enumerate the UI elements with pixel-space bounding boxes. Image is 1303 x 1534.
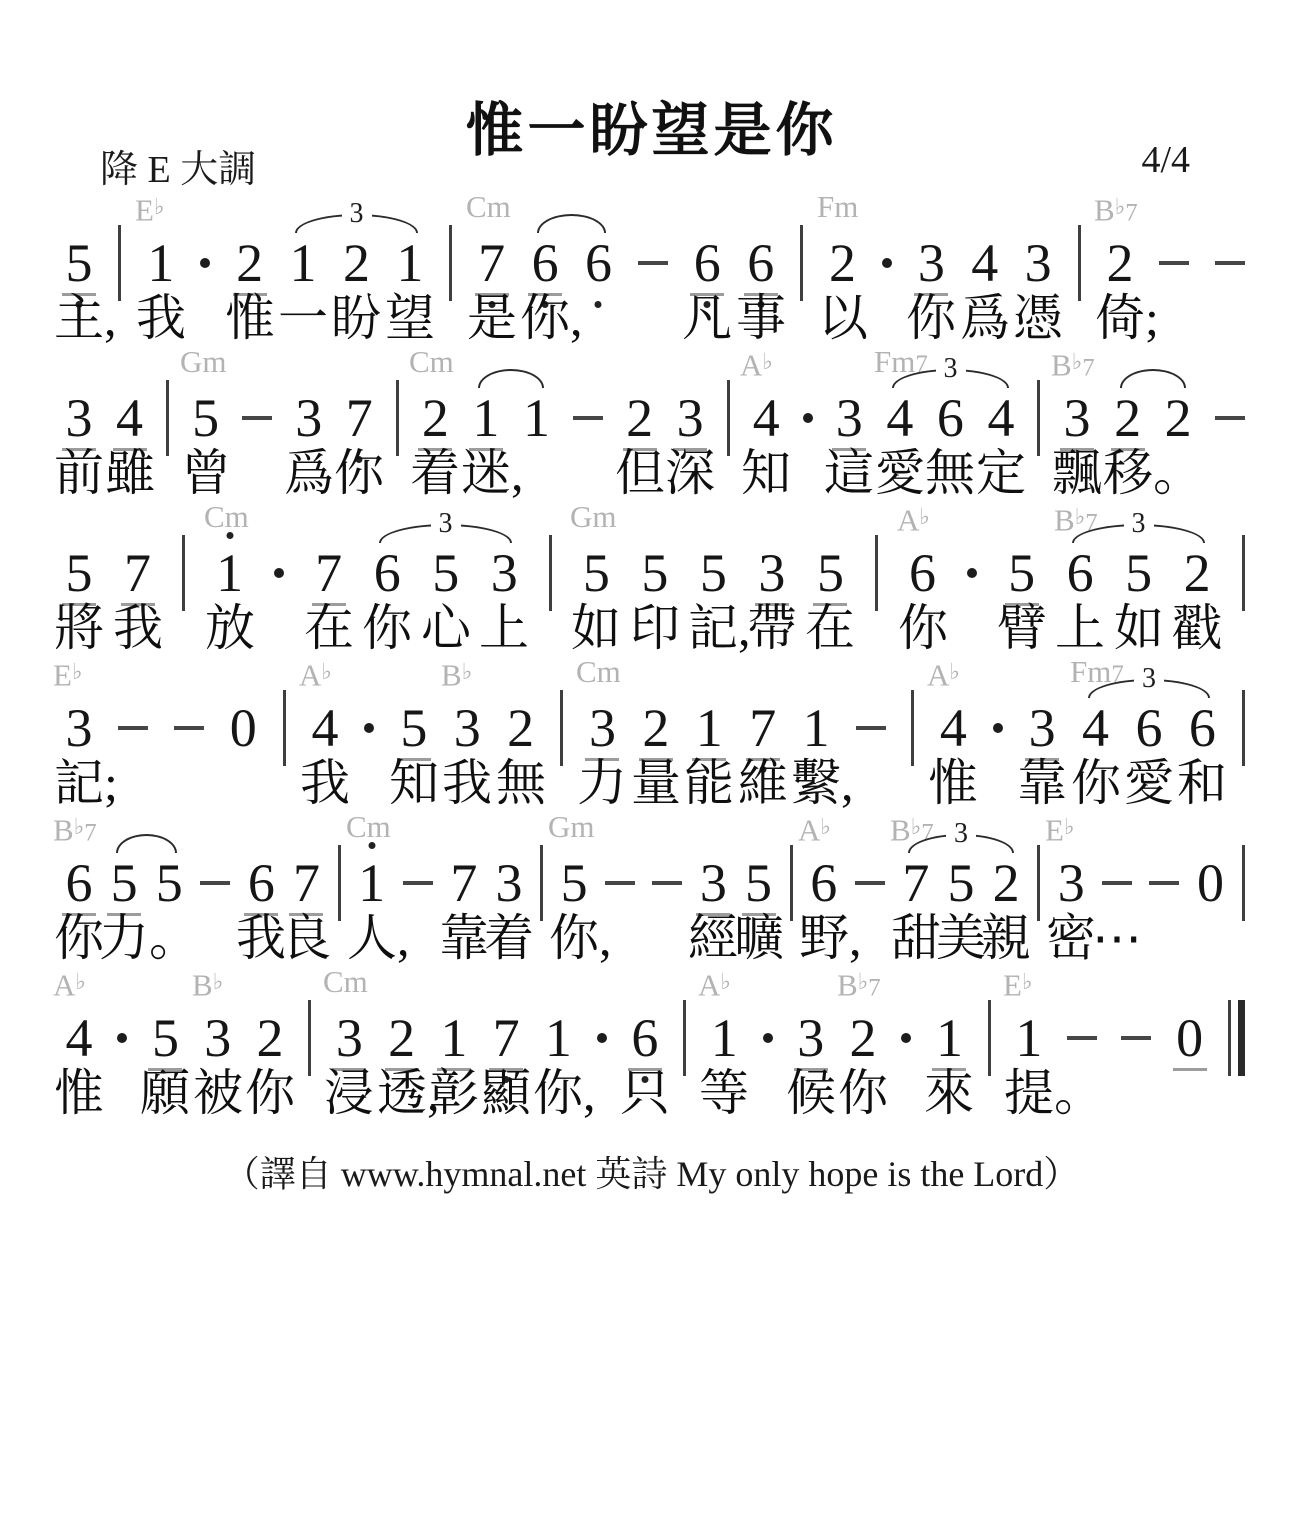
- note-1: 1: [802, 701, 830, 755]
- lyric-syllable: 我: [300, 757, 350, 809]
- lyric-syllable: 浸: [324, 1067, 374, 1119]
- lyric-syllable: 曠: [734, 912, 784, 964]
- note-2: 2: [236, 236, 264, 290]
- note-7: 7: [749, 701, 777, 755]
- flat-sign: ♭: [820, 814, 831, 839]
- dash-continuation: [1149, 881, 1179, 885]
- augmentation-dot: [274, 568, 284, 578]
- chord-label: E♭: [1045, 810, 1074, 848]
- barline: [1037, 845, 1040, 921]
- note-4: 4: [752, 391, 780, 445]
- note-3: 3: [699, 856, 727, 910]
- note-5: 5: [1125, 546, 1153, 600]
- note-2: 2: [342, 236, 370, 290]
- barline: [1242, 690, 1245, 766]
- note-5: 5: [1008, 546, 1036, 600]
- note-6: 6: [1135, 701, 1163, 755]
- lyric-syllable: 無: [925, 447, 975, 499]
- triplet-number: 3: [936, 355, 966, 383]
- lyric-syllable: 惟: [54, 1067, 104, 1119]
- flat-sign: ♭: [858, 969, 869, 994]
- chord-label: Gm: [570, 500, 617, 534]
- chord-label: A♭: [299, 655, 332, 693]
- dash-continuation: [1215, 261, 1245, 265]
- note-4: 4: [116, 391, 144, 445]
- lyric-syllable: 人,: [347, 912, 410, 964]
- chord-label: E♭: [53, 655, 82, 693]
- lyric-syllable: 印: [630, 602, 680, 654]
- lyric-syllable: 力: [577, 757, 627, 809]
- barline: [1037, 380, 1040, 456]
- lyric-syllable: 你,: [533, 1067, 596, 1119]
- note-1: 1: [472, 391, 500, 445]
- chord-label: E♭: [1003, 965, 1032, 1003]
- system-line: 345372112343464322GmCmA♭Fm7B♭73前雖曾爲你着迷,但…: [65, 347, 1245, 502]
- lyric-syllable: 良: [281, 912, 331, 964]
- barline: [988, 1000, 991, 1076]
- chord-label: Gm: [180, 345, 227, 379]
- note-2: 2: [388, 1011, 416, 1065]
- lyric-syllable: 只: [620, 1067, 670, 1119]
- lyric-syllable: 以: [818, 292, 868, 344]
- lyric-syllable: 你: [898, 602, 948, 654]
- note-3: 3: [676, 391, 704, 445]
- lyric-syllable: 如: [1114, 602, 1164, 654]
- triplet-arc: 3: [295, 214, 418, 233]
- lyric-syllable: 你: [362, 602, 412, 654]
- lyric-syllable: 能: [684, 757, 734, 809]
- lyric-syllable: 無: [496, 757, 546, 809]
- augmentation-dot: [803, 413, 813, 423]
- flat-sign: ♭: [1022, 969, 1033, 994]
- lyric-syllable: 倚;: [1095, 292, 1159, 344]
- barline: [308, 1000, 311, 1076]
- chord-label: Gm: [548, 810, 595, 844]
- notes-row: 65567173535675230: [65, 856, 1245, 910]
- note-1: 1: [147, 236, 175, 290]
- system-line: 3045323217143466E♭A♭B♭CmA♭Fm73記;我知我無力量能維…: [65, 657, 1245, 812]
- lyric-syllable: 着: [484, 912, 534, 964]
- lyric-syllable: 你: [54, 912, 104, 964]
- note-3: 3: [797, 1011, 825, 1065]
- note-5: 5: [151, 1011, 179, 1065]
- note-2: 2: [1106, 236, 1134, 290]
- lyric-syllable: 等: [699, 1067, 749, 1119]
- barline: [118, 225, 121, 301]
- dash-continuation: [573, 416, 603, 420]
- lyric-syllable: 繫,: [791, 757, 854, 809]
- time-signature: 4/4: [1141, 138, 1190, 182]
- note-2: 2: [421, 391, 449, 445]
- note-3: 3: [295, 391, 323, 445]
- note-3: 3: [490, 546, 518, 600]
- note-3: 3: [835, 391, 863, 445]
- barline: [540, 845, 543, 921]
- lyric-syllable: 你: [334, 447, 384, 499]
- barline: [283, 690, 286, 766]
- note-4: 4: [1082, 701, 1110, 755]
- flat-sign: ♭: [462, 659, 473, 684]
- triplet-number: 3: [1124, 510, 1154, 538]
- chord-label: A♭: [53, 965, 86, 1003]
- triplet-number: 3: [431, 510, 461, 538]
- barline: [560, 690, 563, 766]
- augmentation-dot: [597, 1033, 607, 1043]
- lyric-syllable: 知: [389, 757, 439, 809]
- lyric-syllable: 定: [976, 447, 1026, 499]
- chord-label: Cm: [576, 655, 621, 689]
- lyric-syllable: 主,: [54, 292, 117, 344]
- note-1: 1: [289, 236, 317, 290]
- chord-label: B♭7: [53, 810, 97, 851]
- dash-continuation: [1215, 416, 1245, 420]
- note-5: 5: [582, 546, 610, 600]
- dash-continuation: [855, 881, 885, 885]
- chord-label: A♭: [798, 810, 831, 848]
- note-4: 4: [65, 1011, 93, 1065]
- note-5: 5: [745, 856, 773, 910]
- note-3: 3: [588, 701, 616, 755]
- lyric-syllable: 放: [205, 602, 255, 654]
- lyric-syllable: 臂: [997, 602, 1047, 654]
- dash-continuation: [174, 726, 204, 730]
- triplet-number: 3: [1134, 665, 1164, 693]
- lyric-syllable: 我: [136, 292, 186, 344]
- note-3: 3: [335, 1011, 363, 1065]
- low-octave-dot: [595, 301, 602, 308]
- note-5: 5: [155, 856, 183, 910]
- lyric-syllable: 這: [824, 447, 874, 499]
- note-6: 6: [631, 1011, 659, 1065]
- lyric-syllable: 靠: [439, 912, 489, 964]
- lyric-syllable: 如: [571, 602, 621, 654]
- dash-continuation: [856, 726, 886, 730]
- lyric-syllable: 你,: [549, 912, 612, 964]
- slur-arc: [1120, 369, 1186, 388]
- lyric-syllable: 知: [741, 447, 791, 499]
- note-4: 4: [987, 391, 1015, 445]
- lyric-syllable: 飄: [1052, 447, 1102, 499]
- barline: [1242, 845, 1245, 921]
- lyric-syllable: 我: [442, 757, 492, 809]
- chord-label: B♭7: [1051, 345, 1095, 386]
- lyric-syllable: 你: [1071, 757, 1121, 809]
- key-signature: 降 E 大調: [100, 138, 256, 193]
- lyric-syllable: 維: [738, 757, 788, 809]
- note-1: 1: [544, 1011, 572, 1065]
- chord-label: Cm: [346, 810, 391, 844]
- note-5: 5: [560, 856, 588, 910]
- augmentation-dot: [993, 723, 1003, 733]
- lyric-syllable: 惟: [928, 757, 978, 809]
- slur-arc: [478, 369, 544, 388]
- sheet-page: { "title": "惟一盼望是你", "key_signature": "降…: [0, 0, 1303, 1534]
- note-7: 7: [492, 1011, 520, 1065]
- lyric-syllable: 顯: [481, 1067, 531, 1119]
- barline: [800, 225, 803, 301]
- note-2: 2: [829, 236, 857, 290]
- barline: [911, 690, 914, 766]
- lyric-syllable: 彰: [429, 1067, 479, 1119]
- flat-sign: ♭: [720, 969, 731, 994]
- lyric-syllable: 靠: [1017, 757, 1067, 809]
- barline: [166, 380, 169, 456]
- eighth-underline: [1173, 1068, 1207, 1072]
- lyric-syllable: 記,: [688, 602, 751, 654]
- note-3: 3: [65, 391, 93, 445]
- note-1: 1: [440, 1011, 468, 1065]
- note-4: 4: [886, 391, 914, 445]
- note-5: 5: [947, 856, 975, 910]
- lyric-syllable: 你: [245, 1067, 295, 1119]
- note-0: 0: [1176, 1011, 1204, 1065]
- augmentation-dot: [901, 1033, 911, 1043]
- note-0: 0: [1197, 856, 1225, 910]
- note-1: 1: [1015, 1011, 1043, 1065]
- note-3: 3: [1028, 701, 1056, 755]
- flat-sign: ♭: [1072, 349, 1083, 374]
- chord-label: B♭: [192, 965, 223, 1003]
- barline: [549, 535, 552, 611]
- lyric-syllable: 移。: [1103, 447, 1203, 499]
- note-7: 7: [124, 546, 152, 600]
- lyric-syllable: 爲: [960, 292, 1010, 344]
- augmentation-dot: [117, 1033, 127, 1043]
- note-1: 1: [216, 546, 244, 600]
- note-5: 5: [641, 546, 669, 600]
- dash-continuation: [242, 416, 272, 420]
- lyric-syllable: 被: [193, 1067, 243, 1119]
- note-6: 6: [747, 236, 775, 290]
- system-line: 65567173535675230B♭7CmGmA♭B♭7E♭3你力。我良人,靠…: [65, 812, 1245, 967]
- note-3: 3: [204, 1011, 232, 1065]
- system-line: 5121217666623432E♭CmFmB♭73主,我惟一盼望是你,凡事以你…: [65, 192, 1245, 347]
- note-2: 2: [507, 701, 535, 755]
- note-5: 5: [699, 546, 727, 600]
- lyric-syllable: 一: [278, 292, 328, 344]
- lyric-syllable: 深: [665, 447, 715, 499]
- augmentation-dot: [763, 1033, 773, 1043]
- note-7: 7: [292, 856, 320, 910]
- flat-sign: ♭: [321, 659, 332, 684]
- chord-label: A♭: [698, 965, 731, 1003]
- lyric-syllable: 在: [304, 602, 354, 654]
- note-6: 6: [247, 856, 275, 910]
- barline: [449, 225, 452, 301]
- lyric-syllable: 憑: [1013, 292, 1063, 344]
- note-5: 5: [65, 236, 93, 290]
- dash-continuation: [1102, 881, 1132, 885]
- note-3: 3: [1024, 236, 1052, 290]
- note-7: 7: [315, 546, 343, 600]
- note-7: 7: [478, 236, 506, 290]
- chord-label: B♭: [441, 655, 472, 693]
- note-2: 2: [642, 701, 670, 755]
- music-system: 5121217666623432E♭CmFmB♭73主,我惟一盼望是你,凡事以你…: [65, 192, 1245, 1122]
- chord-label: Cm: [466, 190, 511, 224]
- dash-continuation: [1121, 1036, 1151, 1040]
- flat-sign: ♭: [762, 349, 773, 374]
- triplet-arc: 3: [379, 524, 512, 543]
- note-5: 5: [400, 701, 428, 755]
- note-7: 7: [450, 856, 478, 910]
- note-5: 5: [65, 546, 93, 600]
- chord-label: Cm: [323, 965, 368, 999]
- barline: [1242, 535, 1245, 611]
- notes-row: 5121217666623432: [65, 236, 1245, 290]
- note-6: 6: [65, 856, 93, 910]
- lyric-syllable: 甜: [891, 912, 941, 964]
- note-3: 3: [758, 546, 786, 600]
- dash-continuation: [652, 881, 682, 885]
- note-1: 1: [522, 391, 550, 445]
- note-6: 6: [810, 856, 838, 910]
- lyric-syllable: 記;: [54, 757, 118, 809]
- notes-row: 3045323217143466: [65, 701, 1245, 755]
- dash-continuation: [403, 881, 433, 885]
- note-1: 1: [396, 236, 424, 290]
- augmentation-dot: [200, 258, 210, 268]
- lyric-syllable: 盼: [331, 292, 381, 344]
- lyric-syllable: 但: [615, 447, 665, 499]
- note-1: 1: [695, 701, 723, 755]
- note-5: 5: [110, 856, 138, 910]
- note-2: 2: [626, 391, 654, 445]
- lyric-syllable: 我: [113, 602, 163, 654]
- barline: [1078, 225, 1081, 301]
- dash-continuation: [638, 261, 668, 265]
- lyric-syllable: 凡: [682, 292, 732, 344]
- augmentation-dot: [967, 568, 977, 578]
- lyric-syllable: 來: [924, 1067, 974, 1119]
- lyric-syllable: 上: [1055, 602, 1105, 654]
- chord-label: Cm: [204, 500, 249, 534]
- lyric-syllable: 心: [421, 602, 471, 654]
- note-0: 0: [229, 701, 257, 755]
- lyric-syllable: 你,: [520, 292, 583, 344]
- note-5: 5: [816, 546, 844, 600]
- lyric-syllable: 你: [838, 1067, 888, 1119]
- lyric-syllable: 上: [479, 602, 529, 654]
- flat-sign: ♭: [74, 814, 85, 839]
- note-3: 3: [1063, 391, 1091, 445]
- slur-arc: [116, 834, 177, 853]
- note-3: 3: [495, 856, 523, 910]
- note-2: 2: [256, 1011, 284, 1065]
- note-2: 2: [1114, 391, 1142, 445]
- lyric-syllable: 量: [631, 757, 681, 809]
- chord-label: A♭: [740, 345, 773, 383]
- note-4: 4: [939, 701, 967, 755]
- flat-sign: ♭: [949, 659, 960, 684]
- lyric-syllable: 望: [385, 292, 435, 344]
- barline: [727, 380, 730, 456]
- lyric-syllable: 提。: [1004, 1067, 1104, 1119]
- chord-label: B♭7: [837, 965, 881, 1006]
- final-barline: [1228, 1000, 1245, 1076]
- barline: [182, 535, 185, 611]
- note-6: 6: [584, 236, 612, 290]
- chord-label: A♭: [897, 500, 930, 538]
- lyric-syllable: 雖: [105, 447, 155, 499]
- triplet-number: 3: [946, 820, 976, 848]
- note-3: 3: [1057, 856, 1085, 910]
- dash-continuation: [1159, 261, 1189, 265]
- note-1: 1: [358, 856, 386, 910]
- barline: [683, 1000, 686, 1076]
- lyric-syllable: 愛: [1124, 757, 1174, 809]
- flat-sign: ♭: [72, 659, 83, 684]
- note-5: 5: [192, 391, 220, 445]
- barline: [396, 380, 399, 456]
- chord-label: E♭: [135, 190, 164, 228]
- flat-sign: ♭: [1075, 504, 1086, 529]
- dash-continuation: [118, 726, 148, 730]
- lyric-syllable: 惟: [225, 292, 275, 344]
- note-3: 3: [65, 701, 93, 755]
- note-6: 6: [531, 236, 559, 290]
- lyric-syllable: 在: [805, 602, 855, 654]
- notes-row: 57176535553565652: [65, 546, 1245, 600]
- dash-continuation: [200, 881, 230, 885]
- lyric-syllable: 將: [54, 602, 104, 654]
- note-2: 2: [1164, 391, 1192, 445]
- flat-sign: ♭: [911, 814, 922, 839]
- system-line: 57176535553565652CmGmA♭B♭733將我放在你心上如印記,帶…: [65, 502, 1245, 657]
- barline: [338, 845, 341, 921]
- lyric-syllable: 候: [786, 1067, 836, 1119]
- note-6: 6: [693, 236, 721, 290]
- flat-sign: ♭: [154, 194, 165, 219]
- triplet-number: 3: [342, 200, 372, 228]
- flat-sign: ♭: [213, 969, 224, 994]
- system-line: 4532321716132110A♭B♭CmA♭B♭7E♭惟願被你浸透,彰顯你,…: [65, 967, 1245, 1122]
- augmentation-dot: [882, 258, 892, 268]
- lyric-syllable: 戳: [1172, 602, 1222, 654]
- lyric-syllable: 爲: [284, 447, 334, 499]
- lyric-syllable: 前: [54, 447, 104, 499]
- note-4: 4: [311, 701, 339, 755]
- augmentation-dot: [364, 723, 374, 733]
- note-1: 1: [710, 1011, 738, 1065]
- note-7: 7: [345, 391, 373, 445]
- lyric-syllable: 愛: [875, 447, 925, 499]
- notes-row: 4532321716132110: [65, 1011, 1245, 1065]
- note-1: 1: [935, 1011, 963, 1065]
- note-2: 2: [849, 1011, 877, 1065]
- lyric-syllable: 你: [906, 292, 956, 344]
- footer-attribution: （譯自 www.hymnal.net 英詩 My only hope is th…: [0, 1146, 1303, 1197]
- chord-label: Cm: [409, 345, 454, 379]
- dash-continuation: [605, 881, 635, 885]
- lyric-syllable: 我: [236, 912, 286, 964]
- slur-arc: [537, 214, 606, 233]
- lyric-syllable: 是: [467, 292, 517, 344]
- lyric-syllable: 願: [140, 1067, 190, 1119]
- chord-label: B♭7: [1094, 190, 1138, 231]
- lyric-syllable: 事: [736, 292, 786, 344]
- lyric-syllable: 經: [688, 912, 738, 964]
- lyric-syllable: 曾: [181, 447, 231, 499]
- note-6: 6: [1066, 546, 1094, 600]
- dash-continuation: [1067, 1036, 1097, 1040]
- flat-sign: ♭: [919, 504, 930, 529]
- note-6: 6: [373, 546, 401, 600]
- lyric-syllable: 帶: [747, 602, 797, 654]
- flat-sign: ♭: [1115, 194, 1126, 219]
- lyric-syllable: 密: [1046, 912, 1096, 964]
- note-7: 7: [902, 856, 930, 910]
